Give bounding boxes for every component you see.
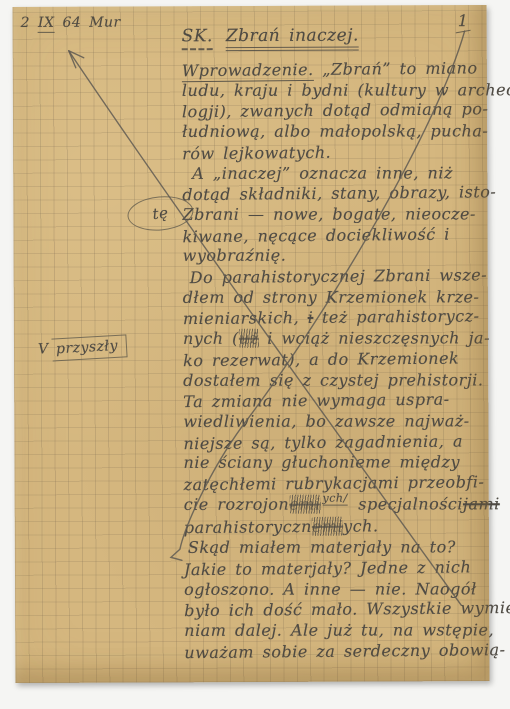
underlined-text: Wprowadzenie. — [182, 60, 314, 82]
handwritten-text: dostałem się z czystej prehistorji. — [183, 370, 483, 390]
handwritten-text: ogłoszono. A inne — nie. Naogół — [184, 579, 477, 599]
handwritten-text: wyobraźnię. — [183, 246, 287, 265]
handwritten-text: uważam sobie za serdeczny obowią- — [184, 640, 505, 662]
handwritten-text: nych ( — [183, 329, 239, 348]
page-title: SK. Zbrań inaczej. — [182, 26, 359, 47]
handwritten-text: niam dalej. Ale już tu, na wstępie, — [184, 620, 494, 640]
manuscript-line: Jakie to materjały? Jedne z nich — [184, 557, 510, 581]
handwritten-text: specjalności — [350, 494, 463, 513]
handwritten-text: niejsze są, tylko zagadnienia, a — [183, 431, 463, 453]
handwritten-text: A „inaczej” oznacza inne, niż — [192, 163, 453, 182]
margin-note-check-mark: V — [38, 341, 49, 357]
page-number-value: 1 — [458, 11, 469, 30]
scribbled-out-text: emi — [289, 494, 320, 513]
date-day: 2 — [21, 15, 30, 31]
handwritten-text: parahistoryczn — [184, 517, 312, 537]
manuscript-line: dostałem się z czystej prehistorji. — [183, 370, 510, 391]
manuscript-line: Do parahistorycznej Zbrani wsze- — [190, 265, 510, 289]
manuscript-line: mieniarskich, i też parahistorycz- — [183, 306, 510, 330]
page-number: 1 — [456, 11, 471, 32]
manuscript-line: nych (uż i wciąż nieszczęsnych ja- — [183, 328, 510, 349]
handwritten-text: rów lejkowatych. — [182, 143, 331, 163]
manuscript-line: łudniową, albo małopolską, pucha- — [182, 121, 510, 142]
manuscript-line: ludu, kraju i bydni (kultury w archeo- — [182, 80, 510, 101]
date-rest: 64 Mur — [62, 15, 120, 31]
manuscript-line: A „inaczej” oznacza inne, niż — [192, 163, 510, 184]
scanned-document-background: { "page": { "number": "1" }, "header": {… — [0, 0, 510, 709]
manuscript-text-block: Wprowadzenie. „Zbrań” to mianoludu, kraj… — [182, 59, 510, 663]
superscript-correction: ych/ — [322, 491, 347, 505]
manuscript-line: cie rozrojonemiych/ specjalnościjami — [184, 494, 510, 517]
margin-note-future-text: przyszły — [51, 334, 127, 361]
handwritten-text: nie ściany głuchonieme między — [184, 453, 460, 472]
manuscript-line: rów lejkowatych. — [182, 141, 510, 165]
manuscript-line: logji), zwanych dotąd odmianą po- — [182, 99, 510, 123]
handwritten-text: dłem od strony Krzemionek krze- — [183, 287, 480, 307]
manuscript-line: Skąd miałem materjały na to? — [188, 537, 510, 558]
manuscript-line: niejsze są, tylko zagadnienia, a — [183, 431, 510, 455]
handwritten-text: ko rezerwat), a do Krzemionek — [183, 348, 459, 370]
handwritten-text: też parahistorycz- — [313, 307, 479, 328]
handwritten-text: „Zbrań” to miano — [314, 58, 478, 79]
handwritten-text: kiwane, nęcące dociekliwość i — [182, 224, 450, 246]
handwritten-text: cie rozrojon — [184, 494, 290, 513]
handwritten-text: Do parahistorycznej Zbrani wsze- — [190, 265, 488, 287]
date-note: 2 IX 64 Mur — [21, 15, 121, 31]
handwritten-text: i wciąż nieszczęsnych ja- — [259, 328, 490, 347]
manuscript-line: uważam sobie za serdeczny obowią- — [184, 640, 510, 664]
manuscript-line: dłem od strony Krzemionek krze- — [183, 287, 510, 308]
manuscript-line: kiwane, nęcące dociekliwość i — [182, 224, 510, 248]
manuscript-line: niam dalej. Ale już tu, na wstępie, — [184, 620, 510, 641]
date-month: IX — [38, 15, 55, 33]
struck-text: jami — [463, 494, 500, 513]
handwritten-text: łudniową, albo małopolską, pucha- — [182, 121, 488, 141]
arrowhead-icon — [69, 51, 84, 68]
handwritten-text: Skąd miałem materjały na to? — [188, 538, 456, 557]
handwritten-text: logji), zwanych dotąd odmianą po- — [182, 100, 489, 122]
manuscript-line: Wprowadzenie. „Zbrań” to miano — [182, 58, 510, 82]
manuscript-line: ogłoszono. A inne — nie. Naogół — [184, 579, 510, 600]
manuscript-line: wiedliwienia, bo zawsze najważ- — [183, 411, 510, 432]
handwritten-text: ych. — [343, 517, 379, 536]
handwritten-text: było ich dość mało. Wszystkie wymie- — [184, 598, 510, 620]
manuscript-line: parahistorycznemiych. — [184, 515, 510, 539]
handwritten-text: wiedliwienia, bo zawsze najważ- — [183, 411, 469, 430]
manuscript-line: wyobraźnię. — [183, 246, 510, 267]
manuscript-line: dotąd składniki, stany, obrazy, isto- — [182, 182, 510, 206]
manuscript-line: Zbrani — nowe, bogate, nieocze- — [182, 204, 510, 225]
handwritten-text: Jakie to materjały? Jedne z nich — [184, 557, 471, 579]
manuscript-line: nie ściany głuchonieme między — [184, 453, 510, 474]
handwritten-text: Zbrani — nowe, bogate, nieocze- — [182, 204, 475, 224]
title-main: Zbrań inaczej. — [226, 26, 359, 52]
scribbled-out-text: uż — [239, 329, 259, 348]
manuscript-page: 2 IX 64 Mur 1 SK. Zbrań inaczej. Wprowad… — [13, 5, 490, 683]
manuscript-line: ko rezerwat), a do Krzemionek — [183, 348, 510, 372]
margin-note-future: Vprzyszły — [38, 335, 127, 361]
page-number-underline — [456, 30, 471, 34]
handwritten-text: dotąd składniki, stany, obrazy, isto- — [182, 182, 496, 204]
title-prefix: SK. — [182, 26, 213, 50]
manuscript-line: było ich dość mało. Wszystkie wymie- — [184, 598, 510, 622]
scribbled-out-text: emi — [312, 517, 343, 536]
margin-note-circled-text: tę — [152, 204, 169, 223]
handwritten-text: ludu, kraju i bydni (kultury w archeo- — [182, 80, 510, 100]
manuscript-line: Ta zmiana nie wymaga uspra- — [183, 389, 510, 413]
handwritten-text: Ta zmiana nie wymaga uspra- — [183, 390, 450, 412]
handwritten-text: mieniarskich, — [183, 308, 308, 328]
